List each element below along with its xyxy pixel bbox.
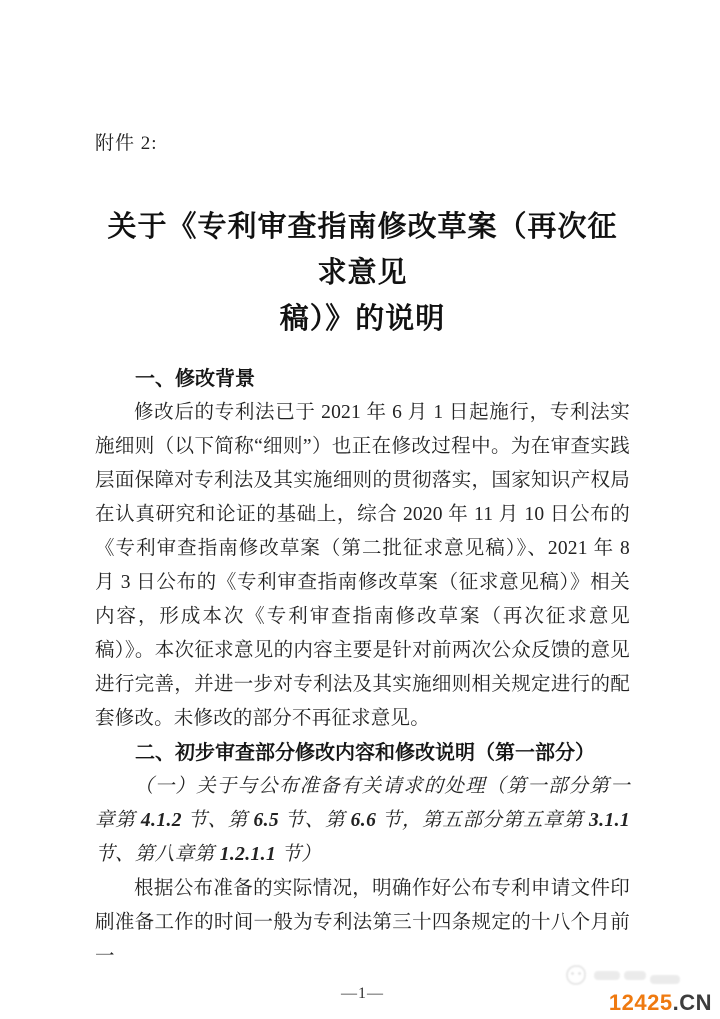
site-watermark: 12425.CN: [609, 990, 712, 1016]
document-title-line-1: 关于《专利审查指南修改草案（再次征求意见: [95, 204, 630, 296]
document-page: 附件 2: 关于《专利审查指南修改草案（再次征求意见 稿）》的说明 一、修改背景…: [0, 0, 720, 1019]
paragraph-background: 修改后的专利法已于 2021 年 6 月 1 日起施行，专利法实施细则（以下简称…: [95, 396, 630, 736]
document-title-line-2: 稿）》的说明: [95, 296, 630, 342]
section-heading-background: 一、修改背景: [95, 362, 630, 396]
attachment-label: 附件 2:: [95, 130, 630, 158]
section-heading-preliminary-examination: 二、初步审查部分修改内容和修改说明（第一部分）: [95, 736, 630, 770]
site-watermark-number: 12425: [609, 990, 673, 1015]
site-watermark-suffix: .CN: [673, 990, 712, 1015]
document-content: 附件 2: 关于《专利审查指南修改草案（再次征求意见 稿）》的说明 一、修改背景…: [0, 0, 720, 1004]
subsection-heading-publication-preparation: （一）关于与公布准备有关请求的处理（第一部分第一章第 4.1.2 节、第 6.5…: [95, 770, 630, 872]
page-number: —1—: [95, 984, 630, 1004]
paragraph-publication-preparation: 根据公布准备的实际情况，明确作好公布专利申请文件印刷准备工作的时间一般为专利法第…: [95, 872, 630, 974]
document-title: 关于《专利审查指南修改草案（再次征求意见 稿）》的说明: [95, 204, 630, 342]
